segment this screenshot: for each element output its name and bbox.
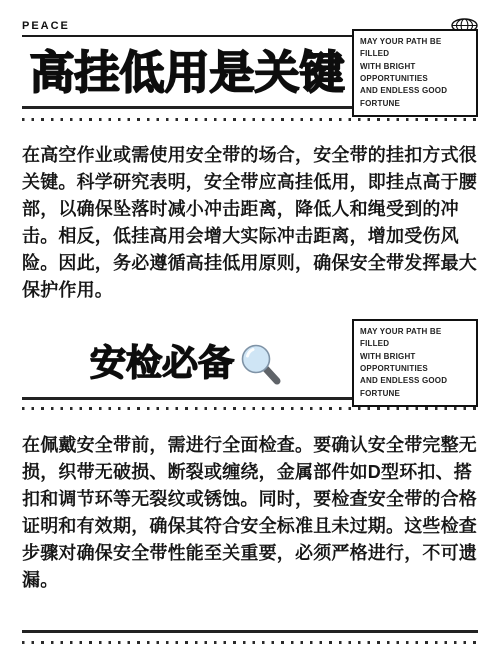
blessing-badge-2: MAY YOUR PATH BE FILLED WITH BRIGHT OPPO…	[352, 319, 478, 407]
section-1-body: 在高空作业或需使用安全带的场合，安全带的挂扣方式很 关键。科学研究表明，安全带应…	[22, 142, 478, 304]
divider-dotted-3	[22, 641, 478, 644]
section-1-title-row: 高挂低用是关键 MAY YOUR PATH BE FILLED WITH BRI…	[22, 47, 478, 99]
divider-dotted-2	[22, 407, 478, 410]
safety-poster-page: PEACE 高挂低用是关键 MAY YOUR PATH BE FILLED WI…	[0, 0, 500, 667]
section-2-title-wrap: 安检必备	[22, 340, 352, 386]
divider-dotted-1	[22, 118, 478, 121]
section-2-title-row: 安检必备 MAY YOUR PATH BE FILLED WITH BRIGHT…	[22, 340, 478, 386]
section-1-title-wrap: 高挂低用是关键	[22, 47, 352, 99]
magnifying-glass-icon	[238, 342, 284, 388]
brand-label: PEACE	[22, 20, 70, 32]
section-1-title: 高挂低用是关键	[29, 47, 344, 99]
blessing-badge-1: MAY YOUR PATH BE FILLED WITH BRIGHT OPPO…	[352, 29, 478, 117]
divider-solid-3	[22, 630, 478, 633]
section-2-body: 在佩戴安全带前，需进行全面检查。要确认安全带完整无 损，织带无破损、断裂或缠绕，…	[22, 432, 478, 594]
section-2-title: 安检必备	[90, 340, 234, 386]
